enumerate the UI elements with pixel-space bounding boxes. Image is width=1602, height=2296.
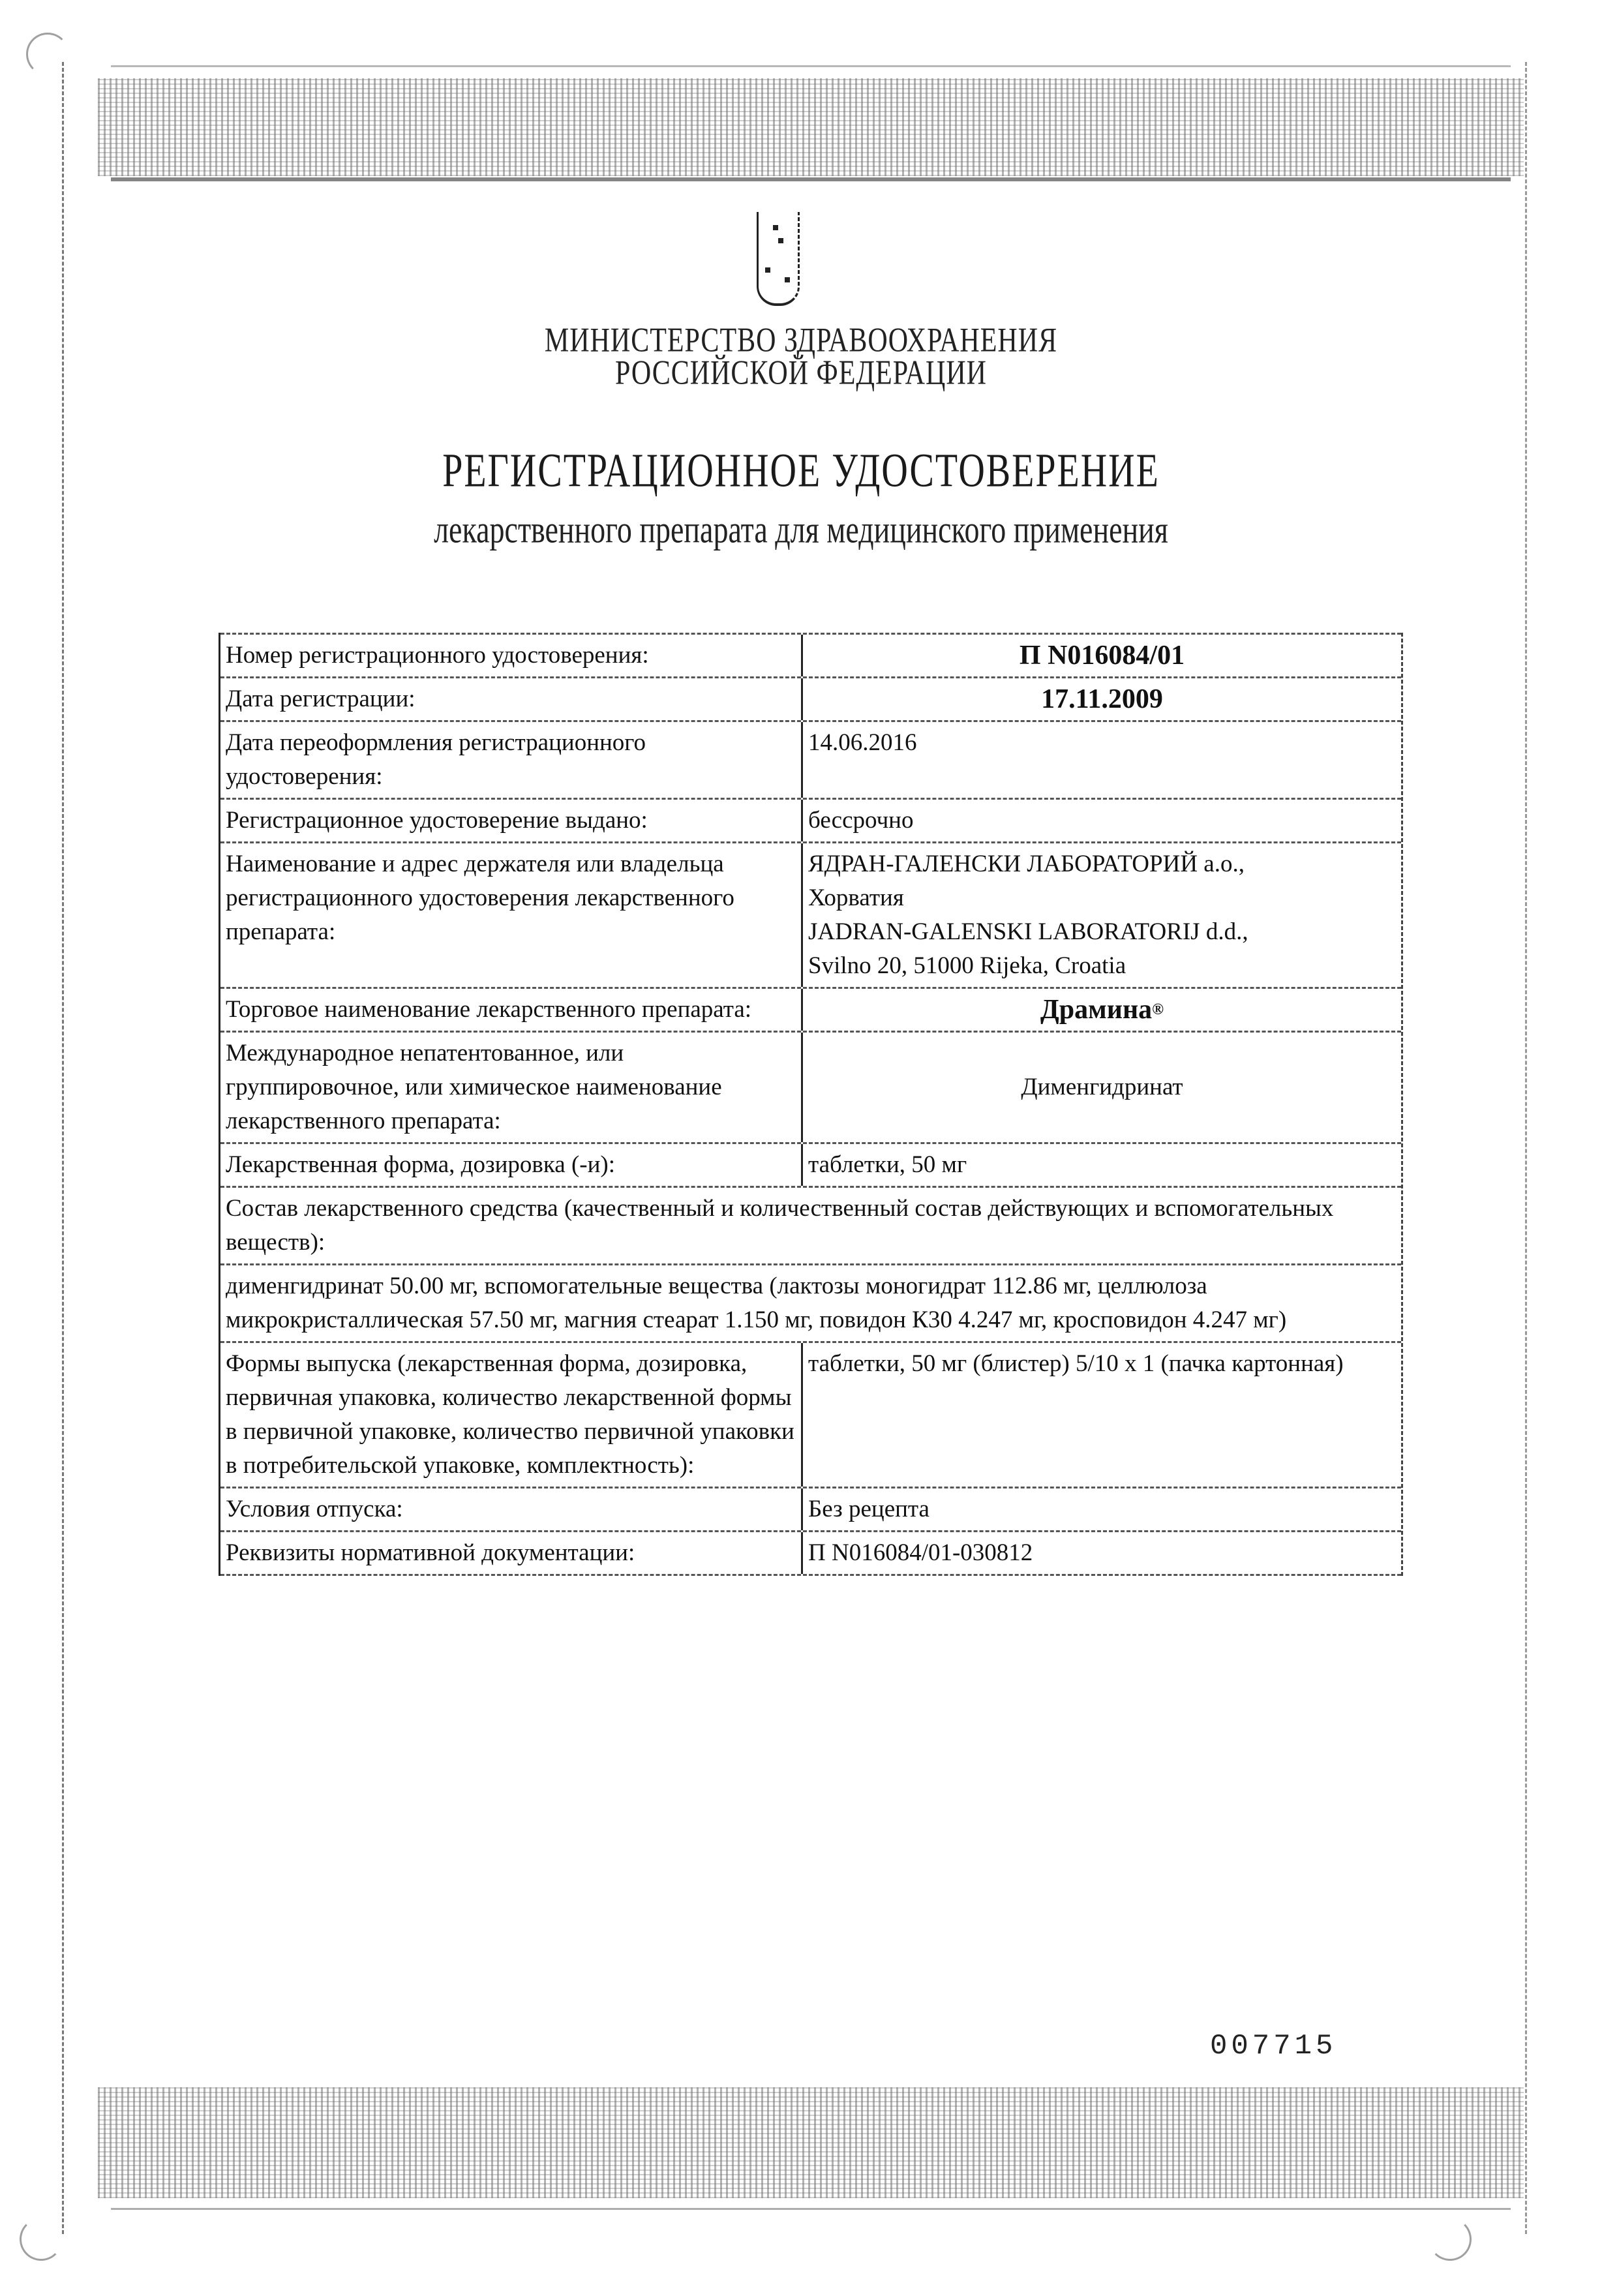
holder-name-ru: ЯДРАН-ГАЛЕНСКИ ЛАБОРАТОРИЙ а.о.,: [808, 847, 1396, 881]
dosage-form: таблетки, 50 мг: [801, 1144, 1401, 1186]
table-row: Формы выпуска (лекарственная форма, дози…: [220, 1343, 1401, 1488]
trade-name-text: Драмина: [1040, 993, 1152, 1027]
corner-ornament: [26, 33, 69, 76]
dispensing-conditions: Без рецепта: [801, 1488, 1401, 1530]
top-ornamental-band: [98, 78, 1524, 176]
document-title: РЕГИСТРАЦИОННОЕ УДОСТОВЕРЕНИЕ: [0, 444, 1602, 498]
reissue-date: 14.06.2016: [801, 722, 1401, 798]
row-label: Дата переоформления регистрационного удо…: [220, 722, 801, 798]
ministry-country: РОССИЙСКОЙ ФЕДЕРАЦИИ: [0, 354, 1602, 393]
table-row: Наименование и адрес держателя или владе…: [220, 843, 1401, 989]
row-label: Лекарственная форма, дозировка (-и):: [220, 1144, 801, 1186]
bottom-border-line: [111, 2208, 1511, 2210]
normative-doc-reference: П N016084/01-030812: [801, 1532, 1401, 1574]
row-label: Дата регистрации:: [220, 678, 801, 720]
row-label: Международное непатентованное, или групп…: [220, 1033, 801, 1142]
table-row: Регистрационное удостоверение выдано: бе…: [220, 800, 1401, 843]
table-row: Номер регистрационного удостоверения: П …: [220, 633, 1401, 678]
top-border-line: [111, 65, 1511, 67]
composition: дименгидринат 50.00 мг, вспомогательные …: [220, 1265, 1401, 1341]
validity-term: бессрочно: [801, 800, 1401, 841]
row-label: Торговое наименование лекарственного пре…: [220, 989, 801, 1031]
registered-mark: ®: [1152, 993, 1164, 1027]
corner-ornament: [1428, 2218, 1472, 2261]
holder-name-en: JADRAN-GALENSKI LABORATORIJ d.d.,: [808, 915, 1396, 949]
bottom-ornamental-band: [98, 2087, 1524, 2198]
table-row: Международное непатентованное, или групп…: [220, 1033, 1401, 1144]
table-row: Торговое наименование лекарственного пре…: [220, 989, 1401, 1033]
registration-date: 17.11.2009: [801, 678, 1401, 720]
row-label: Формы выпуска (лекарственная форма, дози…: [220, 1343, 801, 1487]
registration-table: Номер регистрационного удостоверения: П …: [219, 633, 1403, 1576]
table-row: Дата регистрации: 17.11.2009: [220, 678, 1401, 722]
row-label: Состав лекарственного средства (качестве…: [220, 1188, 1401, 1263]
table-row: Лекарственная форма, дозировка (-и): таб…: [220, 1144, 1401, 1188]
top-border-line: [111, 177, 1511, 181]
row-label: Наименование и адрес держателя или владе…: [220, 843, 801, 987]
table-row: Реквизиты нормативной документации: П N0…: [220, 1532, 1401, 1576]
release-forms: таблетки, 50 мг (блистер) 5/10 x 1 (пачк…: [801, 1343, 1401, 1487]
document-subtitle: лекарственного препарата для медицинског…: [0, 507, 1602, 552]
inn-name: Дименгидринат: [801, 1033, 1401, 1142]
registration-number: П N016084/01: [801, 635, 1401, 676]
corner-ornament: [20, 2218, 63, 2261]
table-row: Дата переоформления регистрационного удо…: [220, 722, 1401, 800]
table-row: Условия отпуска: Без рецепта: [220, 1488, 1401, 1532]
holder-country: Хорватия: [808, 881, 1396, 915]
row-label: Условия отпуска:: [220, 1488, 801, 1530]
row-label: Номер регистрационного удостоверения:: [220, 635, 801, 676]
table-row: дименгидринат 50.00 мг, вспомогательные …: [220, 1265, 1401, 1343]
holder-name-address: ЯДРАН-ГАЛЕНСКИ ЛАБОРАТОРИЙ а.о., Хорвати…: [801, 843, 1401, 987]
coat-of-arms-icon: [757, 212, 800, 306]
trade-name: Драмина®: [801, 989, 1401, 1031]
serial-number: 007715: [1210, 2030, 1337, 2062]
row-label: Реквизиты нормативной документации:: [220, 1532, 801, 1574]
table-row: Состав лекарственного средства (качестве…: [220, 1188, 1401, 1265]
row-label: Регистрационное удостоверение выдано:: [220, 800, 801, 841]
holder-address: Svilno 20, 51000 Rijeka, Croatia: [808, 949, 1396, 983]
